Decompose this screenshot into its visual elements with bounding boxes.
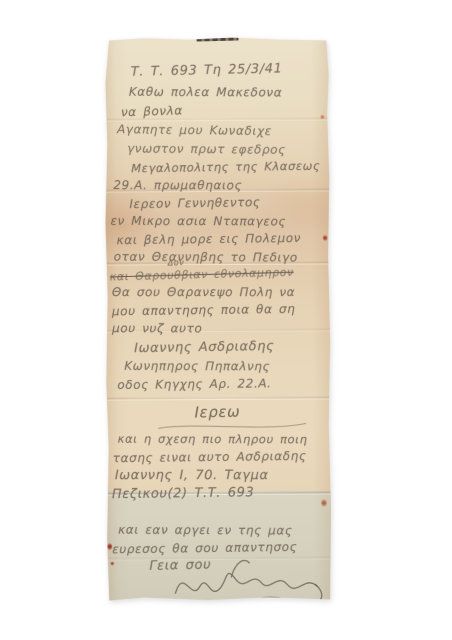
paper-strip: Τ. Τ. 693 Τη 25/3/41 Καθω πολεα Μακεδονα… [105, 36, 332, 600]
handwritten-line: μου νυζ αυτο [112, 321, 202, 335]
handwritten-line: 29.Α. πρωμαθηαιος [113, 178, 242, 192]
handwritten-line: τασης ειναι αυτο Ασδριαδης [113, 449, 307, 465]
handwritten-line: οταν Θεαννηβης το Πεδιγο [114, 250, 298, 265]
handwritten-line: Ιερεον Γεννηθεντος [129, 195, 260, 211]
handwritten-line: γνωστον πρωτ εφεδρος [127, 141, 286, 156]
handwritten-line: και βελη μορε εις Πολεμον [117, 231, 302, 247]
strikethrough-line: και Θαρουθβιαν εθνολαμηρον [110, 266, 294, 284]
handwritten-line: Μεγαλοπολιτης της Κλασεως [131, 159, 320, 176]
handwritten-line: Θα σου Θαρανεψο Πολη να [112, 285, 295, 299]
staple-mark [197, 38, 239, 42]
letter-photograph: Τ. Τ. 693 Τη 25/3/41 Καθω πολεα Μακεδονα… [0, 0, 452, 640]
fold-crease [107, 556, 331, 559]
handwritten-line: Κωνηπηρος Πηπαλνης [124, 359, 270, 374]
handwritten-line: ευρεσος θα σου απαντησος [112, 540, 297, 557]
fold-crease [106, 396, 330, 399]
sender-name-line: Ιωαννης Ασδριαδης [134, 339, 274, 356]
stain-spot [110, 562, 114, 566]
unit-line: Ιωαννης Ι, 70. Ταγμα [115, 468, 269, 483]
stain-spot [320, 114, 325, 119]
stain-spot [323, 234, 328, 241]
address-line: οδος Κηγχης Αρ. 22.Α. [117, 376, 271, 392]
paper-surface: Τ. Τ. 693 Τη 25/3/41 Καθω πολεα Μακεδονα… [105, 36, 332, 600]
handwritten-line: και η σχεση πιο πληρου ποιη [118, 432, 308, 447]
inserted-word: Δον [168, 258, 185, 268]
handwritten-line: να βονλα [121, 103, 183, 119]
stain-spot [321, 498, 327, 507]
handwritten-line: εν Μικρο ασια Νταπαγεος [110, 214, 286, 229]
unit-line: Πεζικου(2) Τ.Τ. 693 [112, 485, 255, 502]
salutation-line: Αγαπητε μου Κωναδιχε [117, 122, 272, 138]
closing-line: Γεια σου [149, 558, 211, 574]
field-post-date-line: Τ. Τ. 693 Τη 25/3/41 [131, 61, 283, 79]
handwritten-line: και εαν αργει εν της μας [118, 523, 293, 538]
handwritten-line: μου απαντησης ποια θα ση [112, 302, 296, 319]
handwritten-line: Καθω πολεα Μακεδονα [129, 85, 282, 100]
centered-heading-line: Ιερεω [194, 402, 240, 421]
